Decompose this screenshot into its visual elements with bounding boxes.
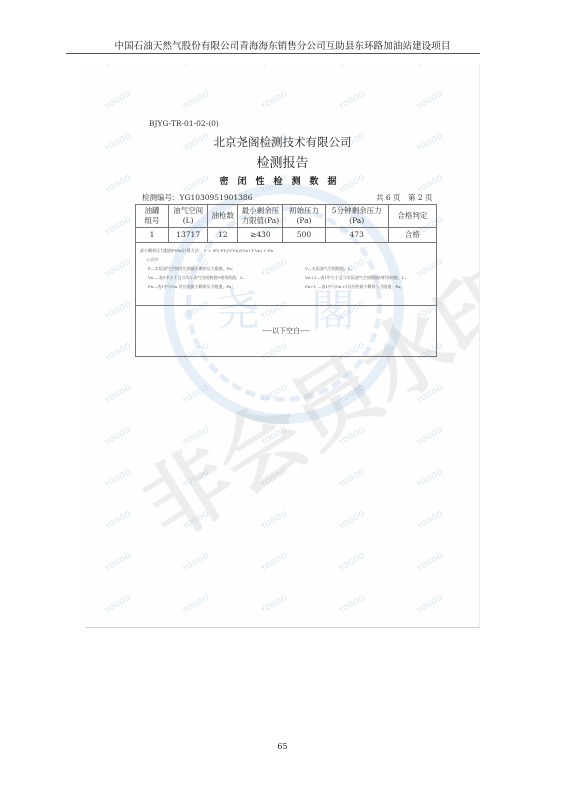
formula-definition: Pn+1 —表1中与Vn+1对应的最小剩余压力限值，Pa。: [305, 282, 404, 291]
column-header-line: 初始压力: [284, 206, 323, 216]
yogoo-watermark: YOGOO: [260, 509, 289, 530]
column-header: 最小剩余压力限值(Pa): [238, 205, 283, 228]
yogoo-watermark: YOGOO: [182, 89, 211, 110]
formula-intro: 最小剩余压力限值P(Pa)计算方法： P = (P2-P1)(V-Vn)/(Vn…: [140, 246, 432, 255]
formula-definition: V—实际油气空间数值，L；: [305, 264, 355, 273]
formula-definition: Vn+1—表1中大于且与实际油气空间数值V相邻的值，L；: [305, 273, 408, 282]
yogoo-watermark: YOGOO: [104, 509, 133, 530]
column-header-line: 最小剩余压: [239, 206, 281, 216]
yogoo-watermark: YOGOO: [104, 89, 133, 110]
table-cell: ≥430: [238, 228, 283, 243]
yogoo-watermark: YOGOO: [416, 89, 445, 110]
column-header-line: (Pa): [284, 216, 323, 226]
report-number: 检测编号：YG1030951901386: [142, 192, 252, 203]
column-header-line: (Pa): [327, 216, 387, 226]
table-row: 11371712≥430500473合格: [136, 228, 437, 243]
yogoo-watermark: YOGOO: [104, 215, 133, 236]
yogoo-watermark: YOGOO: [416, 509, 445, 530]
yogoo-watermark: YOGOO: [104, 551, 133, 572]
yogoo-watermark: YOGOO: [104, 383, 133, 404]
formula-row: 最小剩余压力限值P(Pa)计算方法： P = (P2-P1)(V-Vn)/(Vn…: [136, 243, 437, 306]
scanned-report: YOGOOYOGOOYOGOOYOGOOYOGOOYOGOOYOGOOYOGOO…: [86, 64, 480, 628]
formula-line: Vn —表1中小于且与实际油气空间数值V相邻的值，L；Vn+1—表1中大于且与实…: [140, 273, 432, 282]
column-header-line: 油罐: [137, 206, 167, 216]
column-header-line: 油气空间: [170, 206, 206, 216]
column-header-line: (L): [170, 216, 206, 226]
column-header-line: 5分钟剩余压力: [327, 206, 387, 216]
formula-definition: Pn—表1中与Vn 对应的最小剩余压力限值，Pa；: [148, 284, 235, 289]
yogoo-watermark: YOGOO: [260, 593, 289, 614]
yogoo-watermark: YOGOO: [416, 425, 445, 446]
header-divider: [66, 53, 480, 54]
airtightness-table: 油罐组号油气空间(L)油枪数最小剩余压力限值(Pa)初始压力(Pa)5分钟剩余压…: [135, 204, 437, 357]
yogoo-watermark: YOGOO: [182, 593, 211, 614]
report-title: 检测报告: [86, 152, 479, 171]
column-header-line: 力限值(Pa): [239, 216, 281, 226]
yogoo-watermark: YOGOO: [338, 551, 367, 572]
table-cell: 合格: [388, 228, 436, 243]
column-header: 初始压力(Pa): [283, 205, 325, 228]
table-cell: 13717: [169, 228, 208, 243]
table-cell: 500: [283, 228, 325, 243]
column-header: 5分钟剩余压力(Pa): [325, 205, 388, 228]
column-header: 合格判定: [388, 205, 436, 228]
column-header: 油枪数: [208, 205, 238, 228]
yogoo-watermark: YOGOO: [260, 551, 289, 572]
yogoo-watermark: YOGOO: [338, 593, 367, 614]
yogoo-watermark: YOGOO: [338, 467, 367, 488]
yogoo-watermark: YOGOO: [416, 467, 445, 488]
column-header: 油气空间(L): [169, 205, 208, 228]
formula-line: Pn—表1中与Vn 对应的最小剩余压力限值，Pa；Pn+1 —表1中与Vn+1对…: [140, 282, 432, 291]
company-name: 北京尧阁检测技术有限公司: [86, 134, 479, 150]
formula-cell: 最小剩余压力限值P(Pa)计算方法： P = (P2-P1)(V-Vn)/(Vn…: [136, 243, 437, 306]
doc-code: BJYG-TR-01-02-(0): [149, 119, 219, 128]
formula-line: P—实际油气空间对应的最小剩余压力限值，Pa；V—实际油气空间数值，L；: [140, 264, 432, 273]
yogoo-watermark: YOGOO: [104, 64, 133, 69]
column-header-line: 合格判定: [390, 211, 435, 221]
yogoo-watermark: YOGOO: [416, 64, 445, 69]
table-header-row: 油罐组号油气空间(L)油枪数最小剩余压力限值(Pa)初始压力(Pa)5分钟剩余压…: [136, 205, 437, 228]
yogoo-watermark: YOGOO: [104, 341, 133, 362]
table-cell: 473: [325, 228, 388, 243]
report-subtitle: 密闭性检测数据: [86, 174, 479, 187]
yogoo-watermark: YOGOO: [182, 64, 211, 69]
blank-note: ----以下空白----: [136, 306, 437, 357]
yogoo-watermark: YOGOO: [260, 89, 289, 110]
yogoo-watermark: YOGOO: [416, 551, 445, 572]
page-number: 65: [0, 742, 565, 751]
column-header-line: 组号: [137, 216, 167, 226]
column-header-line: 油枪数: [209, 211, 236, 221]
page-count: 共 6 页 第 2 页: [376, 192, 433, 203]
table-cell: 12: [208, 228, 238, 243]
yogoo-watermark: YOGOO: [104, 299, 133, 320]
blank-row: ----以下空白----: [136, 306, 437, 357]
yogoo-watermark: YOGOO: [338, 89, 367, 110]
page-header: 中国石油天然气股份有限公司青海海东销售分公司互助县东环路加油站建设项目: [0, 38, 565, 52]
yogoo-watermark: YOGOO: [104, 593, 133, 614]
formula-definition: P—实际油气空间对应的最小剩余压力限值，Pa；: [148, 266, 236, 271]
yogoo-watermark: YOGOO: [338, 509, 367, 530]
table-cell: 1: [136, 228, 169, 243]
yogoo-watermark: YOGOO: [104, 425, 133, 446]
formula-definition: Vn —表1中小于且与实际油气空间数值V相邻的值，L；: [148, 275, 247, 280]
yogoo-watermark: YOGOO: [416, 593, 445, 614]
yogoo-watermark: YOGOO: [260, 64, 289, 69]
yogoo-watermark: YOGOO: [338, 64, 367, 69]
yogoo-watermark: YOGOO: [104, 257, 133, 278]
column-header: 油罐组号: [136, 205, 169, 228]
formula-where: 公式中：: [140, 255, 432, 264]
